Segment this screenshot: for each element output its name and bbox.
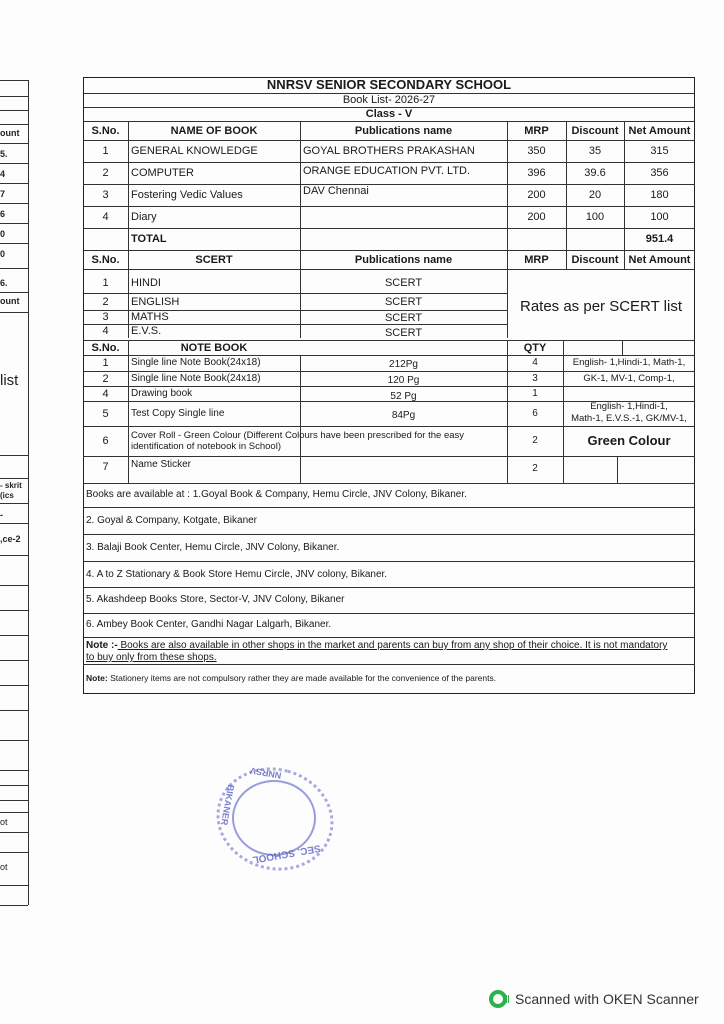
fragment-text: ics) bbox=[0, 491, 28, 500]
row-book-name: Fostering Vedic Values bbox=[128, 184, 300, 206]
row-subject: ENGLISH bbox=[128, 293, 300, 310]
fragment-text: 0 bbox=[0, 249, 28, 259]
row-discount: 35 bbox=[566, 140, 624, 162]
row-sno: 2 bbox=[83, 371, 128, 386]
row-net-amount: 180 bbox=[624, 184, 695, 206]
row-sno: 2 bbox=[83, 162, 128, 184]
row-qty: 6 bbox=[507, 401, 563, 426]
row-publisher: DAV Chennai bbox=[300, 180, 507, 202]
row-subject: MATHS bbox=[128, 310, 300, 324]
header-mrp: MRP bbox=[507, 250, 566, 269]
row-publisher: ORANGE EDUCATION PVT. LTD. bbox=[300, 160, 507, 182]
shop-item: 4. A to Z Stationary & Book Store Hemu C… bbox=[83, 562, 695, 587]
note-label: Note: bbox=[86, 673, 108, 683]
fragment-text: 0 bbox=[0, 229, 28, 239]
row-sno: 1 bbox=[83, 355, 128, 371]
row-sno: 3 bbox=[83, 310, 128, 324]
row-subject: HINDI bbox=[128, 273, 300, 293]
row-mrp: 396 bbox=[507, 162, 566, 184]
row-subjects: English- 1,Hindi-1, Math-1, bbox=[563, 355, 695, 371]
row-item-name: Single line Note Book(24x18) bbox=[128, 371, 300, 386]
row-publisher bbox=[300, 206, 507, 228]
row-sno: 4 bbox=[83, 324, 128, 338]
row-publisher: GOYAL BROTHERS PRAKASHAN bbox=[300, 140, 507, 162]
row-net-amount: 356 bbox=[624, 162, 695, 184]
row-sno: 4 bbox=[83, 206, 128, 228]
row-discount: 20 bbox=[566, 184, 624, 206]
book-list-title: Book List- 2026-27 bbox=[83, 93, 695, 107]
row-qty: 2 bbox=[507, 458, 563, 480]
header-scert: SCERT bbox=[128, 250, 300, 269]
row-subjects-line1: English- 1,Hindi-1, bbox=[563, 401, 695, 413]
scanner-text: Scanned with OKEN Scanner bbox=[515, 991, 699, 1007]
row-subjects: GK-1, MV-1, Comp-1, bbox=[563, 371, 695, 386]
school-name: NNRSV SENIOR SECONDARY SCHOOL bbox=[83, 77, 695, 93]
fragment-text: .6 bbox=[0, 278, 28, 288]
header-qty: QTY bbox=[507, 340, 563, 355]
row-item-name: Drawing book bbox=[128, 386, 300, 401]
shop-item: 6. Ambey Book Center, Gandhi Nagar Lalga… bbox=[83, 613, 695, 637]
note-label: Note :- bbox=[86, 640, 118, 651]
row-publisher: SCERT bbox=[300, 293, 507, 310]
fragment-text: list bbox=[0, 372, 28, 389]
header-net-amount: Net Amount bbox=[624, 250, 695, 269]
class-label: Class - V bbox=[83, 107, 695, 121]
fragment-text: ce-2, bbox=[0, 534, 28, 544]
fragment-text: ot bbox=[0, 862, 28, 872]
header-sno: S.No. bbox=[83, 250, 128, 269]
scert-rates-note: Rates as per SCERT list bbox=[507, 288, 695, 326]
header-sno: S.No. bbox=[83, 121, 128, 140]
row-book-name: COMPUTER bbox=[128, 162, 300, 184]
fragment-text: 6 bbox=[0, 209, 28, 219]
row-mrp: 200 bbox=[507, 206, 566, 228]
shop-item: 5. Akashdeep Books Store, Sector-V, JNV … bbox=[83, 587, 695, 612]
row-qty: 4 bbox=[507, 355, 563, 371]
fragment-text: skrit - bbox=[0, 481, 28, 490]
row-sno: 6 bbox=[83, 426, 128, 456]
row-sno: 2 bbox=[83, 293, 128, 310]
row-sno: 5 bbox=[83, 401, 128, 426]
row-publisher: SCERT bbox=[300, 311, 507, 325]
row-pages: 84Pg bbox=[300, 403, 507, 428]
shop-item: 2. Goyal & Company, Kotgate, Bikaner bbox=[83, 508, 695, 533]
row-subjects-line2: Math-1, E.V.S.-1, GK/MV-1, bbox=[563, 413, 695, 425]
row-qty: 2 bbox=[507, 426, 563, 456]
row-cover-colour: Green Colour bbox=[563, 426, 695, 456]
row-discount: 39.6 bbox=[566, 162, 624, 184]
note-text: Stationery items are not compulsory rath… bbox=[108, 673, 496, 683]
row-discount: 100 bbox=[566, 206, 624, 228]
fragment-text: ount bbox=[0, 128, 28, 138]
row-mrp: 350 bbox=[507, 140, 566, 162]
row-sno: 3 bbox=[83, 184, 128, 206]
row-sno: 7 bbox=[83, 456, 128, 478]
row-net-amount: 100 bbox=[624, 206, 695, 228]
note-text: Books are also available in other shops … bbox=[86, 640, 667, 663]
fragment-text: ount bbox=[0, 296, 28, 306]
fragment-text: .5 bbox=[0, 149, 28, 159]
header-discount: Discount bbox=[566, 121, 624, 140]
header-publisher: Publications name bbox=[300, 250, 507, 269]
total-label: TOTAL bbox=[128, 228, 300, 250]
row-sno: 4 bbox=[83, 386, 128, 401]
fragment-text: 4 bbox=[0, 169, 28, 179]
header-sno: S.No. bbox=[83, 340, 128, 355]
header-discount: Discount bbox=[566, 250, 624, 269]
row-book-name: Diary bbox=[128, 206, 300, 228]
row-net-amount: 315 bbox=[624, 140, 695, 162]
row-sno: 1 bbox=[83, 273, 128, 293]
header-notebook: NOTE BOOK bbox=[128, 340, 300, 355]
shop-item: 3. Balaji Book Center, Hemu Circle, JNV … bbox=[83, 535, 695, 560]
row-subject: E.V.S. bbox=[128, 324, 300, 338]
row-book-name: GENERAL KNOWLEDGE bbox=[128, 140, 300, 162]
header-name: NAME OF BOOK bbox=[128, 121, 300, 140]
row-mrp: 200 bbox=[507, 184, 566, 206]
scanner-watermark: Scanned with OKEN Scanner bbox=[489, 990, 699, 1008]
row-qty: 3 bbox=[507, 371, 563, 386]
row-item-name: Test Copy Single line bbox=[128, 401, 300, 426]
header-mrp: MRP bbox=[507, 121, 566, 140]
fragment-text: ot bbox=[0, 817, 28, 827]
fragment-text: - bbox=[0, 510, 28, 520]
total-value: 951.4 bbox=[624, 228, 695, 250]
fragment-text: 7 bbox=[0, 189, 28, 199]
row-item-name: Name Sticker bbox=[128, 454, 300, 476]
row-sno: 1 bbox=[83, 140, 128, 162]
header-net-amount: Net Amount bbox=[624, 121, 695, 140]
oken-scanner-logo-icon bbox=[489, 990, 507, 1008]
row-item-name: Cover Roll - Green Colour (Different Col… bbox=[128, 426, 507, 456]
row-publisher: SCERT bbox=[300, 326, 507, 340]
row-qty: 1 bbox=[507, 386, 563, 401]
note-availability: Note :- Books are also available in othe… bbox=[83, 640, 673, 664]
header-publisher: Publications name bbox=[300, 121, 507, 140]
shop-item: Books are available at : 1.Goyal Book & … bbox=[83, 483, 695, 507]
note-stationery: Note: Stationery items are not compulsor… bbox=[83, 673, 695, 683]
row-publisher: SCERT bbox=[300, 273, 507, 293]
row-item-name: Single line Note Book(24x18) bbox=[128, 355, 300, 371]
